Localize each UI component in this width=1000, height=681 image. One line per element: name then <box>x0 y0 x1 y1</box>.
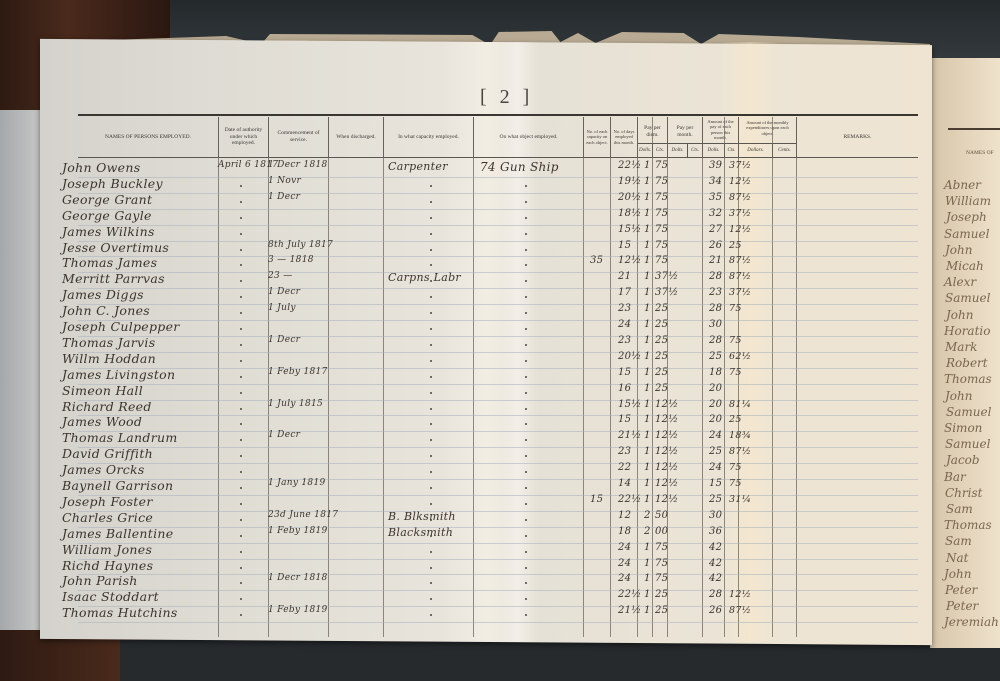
table-cell-commencement: 8th July 1817 <box>268 240 333 250</box>
table-cell-pay-dollars: 1 <box>644 478 651 489</box>
table-cell-name: James Diggs <box>62 287 144 302</box>
table-cell-amount-cents: 75 <box>729 462 742 473</box>
table-cell-pay-cents: 75 <box>655 224 668 235</box>
table-cell-pay-dollars: 1 <box>644 589 651 600</box>
table-cell-capacity: Carpenter <box>388 160 448 173</box>
table-cell-pay-cents: 75 <box>655 208 668 219</box>
table-cell-amount-dollars: 30 <box>709 319 722 330</box>
ditto-mark-object <box>525 392 527 394</box>
table-cell-object: 74 Gun Ship <box>480 160 559 174</box>
table-cell-amount-cents: 75 <box>729 478 742 489</box>
table-cell-name: James Orcks <box>62 462 145 477</box>
table-cell-pay-cents: 75 <box>655 542 668 553</box>
ditto-mark-authority <box>240 233 242 235</box>
ditto-mark-authority <box>240 392 242 394</box>
table-cell-pay-dollars: 1 <box>644 558 651 569</box>
table-cell-number-each: 35 <box>590 255 603 266</box>
table-cell-amount-dollars: 34 <box>709 176 722 187</box>
table-cell-pay-cents: 75 <box>655 192 668 203</box>
ditto-mark-authority <box>240 471 242 473</box>
table-cell-commencement: 1 Decr <box>268 287 300 297</box>
table-cell-days: 20½ <box>618 192 641 203</box>
table-cell-name: George Grant <box>62 192 152 207</box>
table-cell-days: 24 <box>618 319 631 330</box>
ditto-mark-authority <box>240 598 242 600</box>
table-cell-pay-dollars: 1 <box>644 383 651 394</box>
ditto-mark-capacity <box>430 455 432 457</box>
table-cell-amount-dollars: 15 <box>709 478 722 489</box>
table-cell-pay-cents: 00 <box>655 526 668 537</box>
ditto-mark-capacity <box>430 598 432 600</box>
ditto-mark-authority <box>240 535 242 537</box>
table-cell-capacity: Blacksmith <box>388 526 453 539</box>
header-rule <box>78 114 918 116</box>
ditto-mark-object <box>525 312 527 314</box>
ditto-mark-object <box>525 598 527 600</box>
table-cell-amount-cents: 87½ <box>729 446 751 457</box>
ditto-mark-object <box>525 201 527 203</box>
table-cell-pay-cents: 75 <box>655 240 668 251</box>
ditto-mark-authority <box>240 567 242 569</box>
table-cell-amount-dollars: 25 <box>709 351 722 362</box>
table-cell-pay-cents: 12½ <box>655 430 678 441</box>
table-cell-amount-cents: 25 <box>729 414 742 425</box>
table-cell-commencement: 3 — 1818 <box>268 255 314 265</box>
table-cell-days: 14 <box>618 478 631 489</box>
table-cell-pay-cents: 37½ <box>655 287 678 298</box>
table-cell-name: Baynell Garrison <box>62 478 173 493</box>
ditto-mark-capacity <box>430 217 432 219</box>
table-cell-pay-cents: 75 <box>655 160 668 171</box>
table-cell-days: 23 <box>618 335 631 346</box>
table-cell-pay-cents: 75 <box>655 176 668 187</box>
table-cell-commencement: 23d June 1817 <box>268 510 338 520</box>
table-cell-commencement: 1 July 1815 <box>268 399 323 409</box>
table-cell-amount-cents: 31¼ <box>729 494 751 505</box>
table-cell-pay-dollars: 2 <box>644 510 651 521</box>
table-cell-amount-dollars: 27 <box>709 224 722 235</box>
table-cell-amount-dollars: 30 <box>709 510 722 521</box>
table-cell-days: 22½ <box>618 589 641 600</box>
table-cell-amount-cents: 37½ <box>729 160 751 171</box>
table-cell-pay-cents: 25 <box>655 605 668 616</box>
table-cell-days: 23 <box>618 303 631 314</box>
ditto-mark-capacity <box>430 582 432 584</box>
table-cell-days: 24 <box>618 573 631 584</box>
subheader-cts: Cts. <box>652 143 667 157</box>
ditto-mark-authority <box>240 249 242 251</box>
ditto-mark-authority <box>240 487 242 489</box>
table-cell-pay-dollars: 1 <box>644 335 651 346</box>
table-cell-number-each: 15 <box>590 494 603 505</box>
ditto-mark-authority <box>240 217 242 219</box>
table-cell-pay-dollars: 1 <box>644 573 651 584</box>
table-cell-pay-dollars: 1 <box>644 176 651 187</box>
table-cell-commencement: 1 Novr <box>268 176 301 186</box>
ditto-mark-capacity <box>430 328 432 330</box>
ditto-mark-authority <box>240 344 242 346</box>
table-cell-pay-dollars: 1 <box>644 303 651 314</box>
table-cell-name: Thomas James <box>62 255 157 270</box>
table-cell-pay-cents: 12½ <box>655 462 678 473</box>
table-cell-days: 18 <box>618 526 631 537</box>
table-cell-days: 22½ <box>618 160 641 171</box>
table-cell-days: 22 <box>618 462 631 473</box>
ditto-mark-authority <box>240 328 242 330</box>
ditto-mark-authority <box>240 423 242 425</box>
ditto-mark-object <box>525 217 527 219</box>
table-cell-days: 21 <box>618 271 631 282</box>
table-cell-pay-cents: 75 <box>655 573 668 584</box>
table-cell-commencement: 1 Jany 1819 <box>268 478 326 488</box>
table-cell-amount-cents: 87½ <box>729 255 751 266</box>
table-cell-amount-cents: 18¾ <box>729 430 751 441</box>
ditto-mark-capacity <box>430 408 432 410</box>
ditto-mark-authority <box>240 185 242 187</box>
ditto-mark-capacity <box>430 201 432 203</box>
table-cell-name: Joseph Culpepper <box>62 319 180 334</box>
table-cell-days: 15 <box>618 240 631 251</box>
table-cell-days: 15 <box>618 414 631 425</box>
ditto-mark-authority <box>240 296 242 298</box>
ditto-mark-authority <box>240 503 242 505</box>
table-cell-pay-dollars: 1 <box>644 542 651 553</box>
table-cell-days: 21½ <box>618 430 641 441</box>
table-cell-pay-cents: 12½ <box>655 494 678 505</box>
ditto-mark-authority <box>240 439 242 441</box>
table-cell-amount-cents: 75 <box>729 335 742 346</box>
subheader-dolls: Dolls. <box>637 143 652 157</box>
ditto-mark-capacity <box>430 360 432 362</box>
header-commencement: Commencement of service. <box>268 117 328 157</box>
table-cell-name: James Ballentine <box>62 526 173 541</box>
ditto-mark-object <box>525 249 527 251</box>
table-cell-amount-dollars: 28 <box>709 589 722 600</box>
table-cell-amount-cents: 75 <box>729 303 742 314</box>
ditto-mark-object <box>525 503 527 505</box>
table-cell-amount-dollars: 42 <box>709 542 722 553</box>
table-cell-name: Merritt Parrvas <box>62 271 165 286</box>
ditto-mark-capacity <box>430 344 432 346</box>
subheader-cts-month: Cts. <box>687 143 702 157</box>
table-cell-pay-cents: 75 <box>655 558 668 569</box>
header-days-employed: No. of days employed this month. <box>610 117 637 157</box>
table-cell-name: John Owens <box>62 160 140 175</box>
table-cell-pay-dollars: 1 <box>644 399 651 410</box>
header-capacity: In what capacity employed. <box>383 117 473 157</box>
table-cell-pay-dollars: 1 <box>644 367 651 378</box>
header-remarks: Remarks. <box>796 117 918 157</box>
table-cell-name: Richd Haynes <box>62 558 153 573</box>
table-cell-pay-dollars: 1 <box>644 240 651 251</box>
table-cell-amount-dollars: 25 <box>709 494 722 505</box>
table-cell-pay-dollars: 1 <box>644 462 651 473</box>
table-cell-commencement: 1 Decr <box>268 430 300 440</box>
table-cell-commencement: 1 Feby 1817 <box>268 367 328 377</box>
ditto-mark-object <box>525 582 527 584</box>
adjacent-page-header: Names of <box>966 150 994 156</box>
subheader-dolls-month: Dolls. <box>667 143 687 157</box>
ditto-mark-object <box>525 567 527 569</box>
table-cell-pay-dollars: 1 <box>644 319 651 330</box>
table-cell-amount-dollars: 26 <box>709 605 722 616</box>
subheader-dollars: Dollars. <box>738 143 772 157</box>
table-cell-pay-cents: 50 <box>655 510 668 521</box>
table-cell-pay-dollars: 1 <box>644 271 651 282</box>
table-cell-amount-dollars: 28 <box>709 303 722 314</box>
ditto-mark-capacity <box>430 535 432 537</box>
table-row: Thomas Hutchins1 Feby 181921½1252687½ <box>0 605 1000 623</box>
table-cell-name: Thomas Jarvis <box>62 335 155 350</box>
header-discharged: When discharged. <box>328 117 383 157</box>
table-cell-pay-dollars: 1 <box>644 192 651 203</box>
table-cell-amount-cents: 37½ <box>729 208 751 219</box>
adjacent-page-rule <box>948 128 1000 130</box>
ditto-mark-object <box>525 233 527 235</box>
table-cell-name: Joseph Foster <box>62 494 153 509</box>
ditto-mark-object <box>525 185 527 187</box>
table-cell-amount-cents: 12½ <box>729 224 751 235</box>
table-cell-amount-dollars: 36 <box>709 526 722 537</box>
table-cell-pay-cents: 25 <box>655 367 668 378</box>
table-cell-days: 15½ <box>618 399 641 410</box>
table-cell-pay-cents: 25 <box>655 319 668 330</box>
table-cell-pay-cents: 37½ <box>655 271 678 282</box>
table-cell-pay-dollars: 1 <box>644 255 651 266</box>
table-cell-name: George Gayle <box>62 208 152 223</box>
table-cell-days: 16 <box>618 383 631 394</box>
page-number: [ 2 ] <box>480 86 533 109</box>
table-cell-pay-cents: 12½ <box>655 399 678 410</box>
table-cell-days: 24 <box>618 558 631 569</box>
table-cell-amount-dollars: 20 <box>709 383 722 394</box>
ditto-mark-object <box>525 328 527 330</box>
table-cell-amount-cents: 87½ <box>729 192 751 203</box>
ditto-mark-object <box>525 471 527 473</box>
table-cell-commencement: 1 Feby 1819 <box>268 526 328 536</box>
table-header: Names of persons employed. Date of autho… <box>78 117 918 157</box>
subheader-cents: Cents. <box>772 143 796 157</box>
ditto-mark-authority <box>240 408 242 410</box>
ditto-mark-object <box>525 455 527 457</box>
table-cell-amount-dollars: 42 <box>709 573 722 584</box>
subheader-cts-amount: Cts. <box>724 143 738 157</box>
ditto-mark-object <box>525 439 527 441</box>
table-cell-amount-dollars: 42 <box>709 558 722 569</box>
table-cell-amount-dollars: 25 <box>709 446 722 457</box>
table-cell-amount-dollars: 20 <box>709 414 722 425</box>
subheader-dolls-amount: Dolls. <box>702 143 724 157</box>
ditto-mark-capacity <box>430 185 432 187</box>
ditto-mark-authority <box>240 201 242 203</box>
ditto-mark-authority <box>240 264 242 266</box>
table-cell-pay-dollars: 1 <box>644 287 651 298</box>
table-cell-commencement: 1 Decr 1818 <box>268 573 328 583</box>
table-cell-days: 22½ <box>618 494 641 505</box>
ditto-mark-capacity <box>430 519 432 521</box>
table-cell-amount-dollars: 20 <box>709 399 722 410</box>
ditto-mark-capacity <box>430 392 432 394</box>
table-cell-days: 12 <box>618 510 631 521</box>
table-cell-name: Simeon Hall <box>62 383 143 398</box>
ditto-mark-capacity <box>430 264 432 266</box>
table-cell-amount-cents: 87½ <box>729 271 751 282</box>
table-cell-days: 24 <box>618 542 631 553</box>
table-cell-pay-dollars: 2 <box>644 526 651 537</box>
table-cell-pay-dollars: 1 <box>644 430 651 441</box>
table-cell-amount-cents: 37½ <box>729 287 751 298</box>
table-cell-name: Thomas Hutchins <box>62 605 178 620</box>
table-cell-pay-cents: 75 <box>655 255 668 266</box>
table-cell-name: James Wilkins <box>62 224 155 239</box>
ditto-mark-object <box>525 519 527 521</box>
table-cell-days: 15½ <box>618 224 641 235</box>
table-cell-pay-dollars: 1 <box>644 494 651 505</box>
ditto-mark-authority <box>240 280 242 282</box>
ditto-mark-authority <box>240 519 242 521</box>
ditto-mark-authority <box>240 360 242 362</box>
table-cell-days: 20½ <box>618 351 641 362</box>
table-cell-name: Joseph Buckley <box>62 176 163 191</box>
ditto-mark-object <box>525 296 527 298</box>
table-cell-pay-cents: 12½ <box>655 478 678 489</box>
ditto-mark-object <box>525 344 527 346</box>
table-cell-name: David Griffith <box>62 446 153 461</box>
table-cell-days: 19½ <box>618 176 641 187</box>
ditto-mark-authority <box>240 551 242 553</box>
table-cell-amount-cents: 12½ <box>729 176 751 187</box>
table-cell-amount-dollars: 26 <box>709 240 722 251</box>
ditto-mark-capacity <box>430 249 432 251</box>
table-cell-name: James Livingston <box>62 367 175 382</box>
ditto-mark-capacity <box>430 614 432 616</box>
table-cell-pay-dollars: 1 <box>644 160 651 171</box>
table-cell-days: 23 <box>618 446 631 457</box>
table-cell-name: Charles Grice <box>62 510 153 525</box>
table-cell-commencement: 1 Decr <box>268 335 300 345</box>
table-cell-amount-dollars: 18 <box>709 367 722 378</box>
table-cell-commencement: 1 Decr <box>268 192 300 202</box>
table-cell-name: Jesse Overtimus <box>62 240 169 255</box>
ditto-mark-authority <box>240 614 242 616</box>
dark-surface-bottom <box>120 640 1000 681</box>
table-cell-days: 18½ <box>618 208 641 219</box>
table-cell-pay-cents: 25 <box>655 351 668 362</box>
ditto-mark-object <box>525 487 527 489</box>
table-cell-capacity: Carpns Labr <box>388 271 461 284</box>
table-cell-amount-cents: 87½ <box>729 605 751 616</box>
table-cell-days: 12½ <box>618 255 641 266</box>
table-cell-name: Thomas Landrum <box>62 430 178 445</box>
ditto-mark-authority <box>240 582 242 584</box>
ditto-mark-authority <box>240 312 242 314</box>
table-cell-pay-cents: 25 <box>655 589 668 600</box>
table-cell-commencement: 1 Feby 1819 <box>268 605 328 615</box>
table-cell-amount-dollars: 28 <box>709 271 722 282</box>
table-cell-commencement: 1 July <box>268 303 296 313</box>
table-cell-name: Willm Hoddan <box>62 351 156 366</box>
ditto-mark-capacity <box>430 551 432 553</box>
ditto-mark-object <box>525 614 527 616</box>
table-cell-days: 21½ <box>618 605 641 616</box>
table-cell-amount-cents: 25 <box>729 240 742 251</box>
ditto-mark-capacity <box>430 439 432 441</box>
header-names: Names of persons employed. <box>78 117 218 157</box>
table-cell-pay-dollars: 1 <box>644 605 651 616</box>
header-no-each-capacity: No. of each capacity on each object. <box>583 117 610 157</box>
ditto-mark-object <box>525 376 527 378</box>
ditto-mark-object <box>525 264 527 266</box>
ditto-mark-object <box>525 423 527 425</box>
table-cell-amount-dollars: 21 <box>709 255 722 266</box>
table-cell-capacity: B. Blksmith <box>388 510 456 523</box>
ditto-mark-object <box>525 551 527 553</box>
table-cell-amount-cents: 81¼ <box>729 399 751 410</box>
ditto-mark-capacity <box>430 233 432 235</box>
header-object: On what object employed. <box>473 117 583 157</box>
table-cell-amount-dollars: 32 <box>709 208 722 219</box>
table-cell-amount-dollars: 24 <box>709 430 722 441</box>
table-cell-pay-dollars: 1 <box>644 208 651 219</box>
table-cell-pay-dollars: 1 <box>644 224 651 235</box>
ditto-mark-capacity <box>430 487 432 489</box>
table-cell-amount-dollars: 23 <box>709 287 722 298</box>
table-cell-amount-cents: 75 <box>729 367 742 378</box>
table-cell-name: Richard Reed <box>62 399 152 414</box>
table-cell-pay-dollars: 1 <box>644 446 651 457</box>
table-cell-amount-dollars: 35 <box>709 192 722 203</box>
ditto-mark-capacity <box>430 471 432 473</box>
table-cell-commencement: 1 Decr 1818 <box>268 160 328 170</box>
ditto-mark-capacity <box>430 503 432 505</box>
header-date-authority: Date of authority under which employed. <box>218 117 268 157</box>
ditto-mark-object <box>525 535 527 537</box>
table-cell-pay-cents: 25 <box>655 335 668 346</box>
header-bottom-rule <box>78 157 918 158</box>
table-cell-amount-cents: 12½ <box>729 589 751 600</box>
table-cell-pay-dollars: 1 <box>644 351 651 362</box>
ditto-mark-object <box>525 408 527 410</box>
table-cell-days: 15 <box>618 367 631 378</box>
table-cell-pay-dollars: 1 <box>644 414 651 425</box>
table-cell-pay-cents: 25 <box>655 383 668 394</box>
table-cell-pay-cents: 12½ <box>655 446 678 457</box>
ditto-mark-capacity <box>430 312 432 314</box>
table-cell-days: 17 <box>618 287 631 298</box>
table-cell-name: William Jones <box>62 542 152 557</box>
ditto-mark-authority <box>240 455 242 457</box>
ditto-mark-capacity <box>430 567 432 569</box>
ditto-mark-authority <box>240 376 242 378</box>
table-cell-name: John Parish <box>62 573 138 588</box>
table-cell-pay-cents: 25 <box>655 303 668 314</box>
table-cell-commencement: 23 — <box>268 271 293 281</box>
ditto-mark-capacity <box>430 423 432 425</box>
table-cell-name: Isaac Stoddart <box>62 589 159 604</box>
table-cell-amount-dollars: 24 <box>709 462 722 473</box>
ditto-mark-object <box>525 280 527 282</box>
table-cell-amount-cents: 62½ <box>729 351 751 362</box>
table-cell-amount-dollars: 28 <box>709 335 722 346</box>
ditto-mark-object <box>525 360 527 362</box>
table-cell-pay-cents: 12½ <box>655 414 678 425</box>
ditto-mark-capacity <box>430 296 432 298</box>
table-cell-amount-dollars: 39 <box>709 160 722 171</box>
table-cell-name: John C. Jones <box>62 303 150 318</box>
ditto-mark-capacity <box>430 376 432 378</box>
table-cell-name: James Wood <box>62 414 142 429</box>
